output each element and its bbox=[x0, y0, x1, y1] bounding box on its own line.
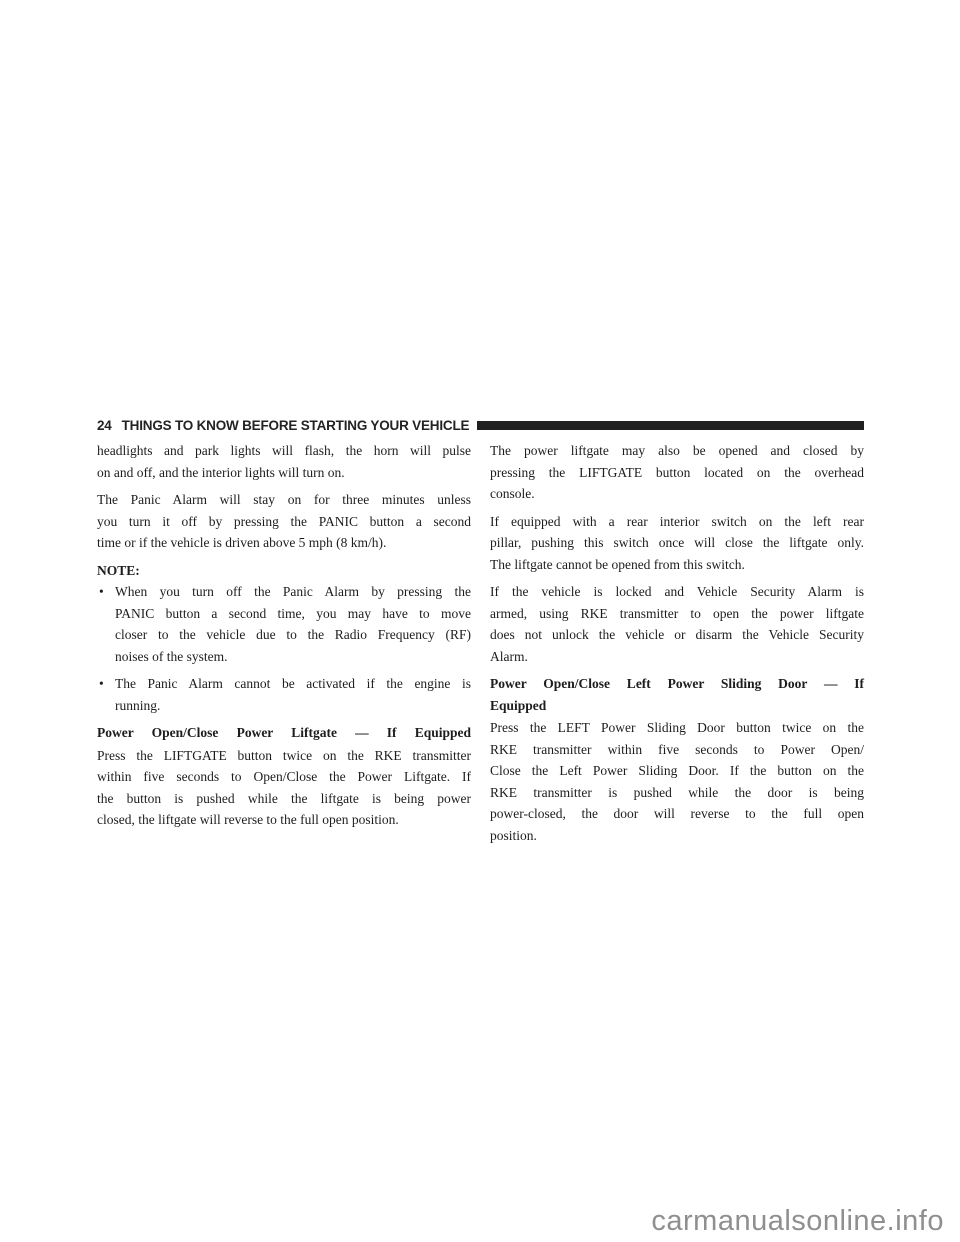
text-line: When you turn off the Panic Alarm by pre… bbox=[115, 581, 471, 603]
text-line: power-closed, the door will reverse to t… bbox=[490, 803, 864, 825]
note-label: NOTE: bbox=[97, 560, 471, 582]
bullet-item: • The Panic Alarm cannot be activated if… bbox=[97, 673, 471, 716]
watermark: carmanualsonline.info bbox=[651, 1205, 944, 1238]
page-header: 24 THINGS TO KNOW BEFORE STARTING YOUR V… bbox=[97, 418, 864, 433]
text-line: The liftgate cannot be opened from this … bbox=[490, 554, 864, 576]
section-heading: Power Open/Close Left Power Sliding Door… bbox=[490, 673, 864, 716]
paragraph: The Panic Alarm will stay on for three m… bbox=[97, 489, 471, 554]
text-line: Equipped bbox=[490, 695, 864, 717]
two-column-text: headlights and park lights will flash, t… bbox=[97, 440, 864, 852]
text-line: console. bbox=[490, 483, 864, 505]
text-line: closer to the vehicle due to the Radio F… bbox=[115, 624, 471, 646]
manual-page: 24 THINGS TO KNOW BEFORE STARTING YOUR V… bbox=[0, 0, 960, 1242]
paragraph: Press the LIFTGATE button twice on the R… bbox=[97, 745, 471, 831]
paragraph: If equipped with a rear interior switch … bbox=[490, 511, 864, 576]
section-heading: Power Open/Close Power Liftgate — If Equ… bbox=[97, 722, 471, 744]
text-line: closed, the liftgate will reverse to the… bbox=[97, 809, 471, 831]
text-line: position. bbox=[490, 825, 864, 847]
text-line: armed, using RKE transmitter to open the… bbox=[490, 603, 864, 625]
text-line: Power Open/Close Left Power Sliding Door… bbox=[490, 673, 864, 695]
text-line: If the vehicle is locked and Vehicle Sec… bbox=[490, 581, 864, 603]
page-header-title: THINGS TO KNOW BEFORE STARTING YOUR VEHI… bbox=[122, 418, 470, 433]
text-line: Close the Left Power Sliding Door. If th… bbox=[490, 760, 864, 782]
text-line: pillar, pushing this switch once will cl… bbox=[490, 532, 864, 554]
text-line: time or if the vehicle is driven above 5… bbox=[97, 532, 471, 554]
text-line: does not unlock the vehicle or disarm th… bbox=[490, 624, 864, 646]
text-line: running. bbox=[115, 695, 471, 717]
text-line: If equipped with a rear interior switch … bbox=[490, 511, 864, 533]
text-line: The power liftgate may also be opened an… bbox=[490, 440, 864, 462]
text-line: The Panic Alarm will stay on for three m… bbox=[97, 489, 471, 511]
text-line: Power Open/Close Power Liftgate — If Equ… bbox=[97, 722, 471, 744]
header-rule-bar bbox=[477, 421, 864, 430]
left-column: headlights and park lights will flash, t… bbox=[97, 440, 471, 852]
paragraph: If the vehicle is locked and Vehicle Sec… bbox=[490, 581, 864, 667]
text-line: The Panic Alarm cannot be activated if t… bbox=[115, 673, 471, 695]
bullet-marker: • bbox=[99, 673, 104, 695]
text-line: RKE transmitter within five seconds to P… bbox=[490, 739, 864, 761]
text-line: the button is pushed while the liftgate … bbox=[97, 788, 471, 810]
text-line: noises of the system. bbox=[115, 646, 471, 668]
text-line: headlights and park lights will flash, t… bbox=[97, 440, 471, 462]
text-line: pressing the LIFTGATE button located on … bbox=[490, 462, 864, 484]
page-number: 24 bbox=[97, 418, 112, 433]
text-line: you turn it off by pressing the PANIC bu… bbox=[97, 511, 471, 533]
paragraph: headlights and park lights will flash, t… bbox=[97, 440, 471, 483]
bullet-item: • When you turn off the Panic Alarm by p… bbox=[97, 581, 471, 667]
text-line: RKE transmitter is pushed while the door… bbox=[490, 782, 864, 804]
text-line: Alarm. bbox=[490, 646, 864, 668]
text-line: Press the LEFT Power Sliding Door button… bbox=[490, 717, 864, 739]
paragraph: Press the LEFT Power Sliding Door button… bbox=[490, 717, 864, 846]
text-line: within five seconds to Open/Close the Po… bbox=[97, 766, 471, 788]
right-column: The power liftgate may also be opened an… bbox=[490, 440, 864, 852]
paragraph: The power liftgate may also be opened an… bbox=[490, 440, 864, 505]
bullet-marker: • bbox=[99, 581, 104, 603]
text-line: Press the LIFTGATE button twice on the R… bbox=[97, 745, 471, 767]
text-line: PANIC button a second time, you may have… bbox=[115, 603, 471, 625]
text-line: on and off, and the interior lights will… bbox=[97, 462, 471, 484]
